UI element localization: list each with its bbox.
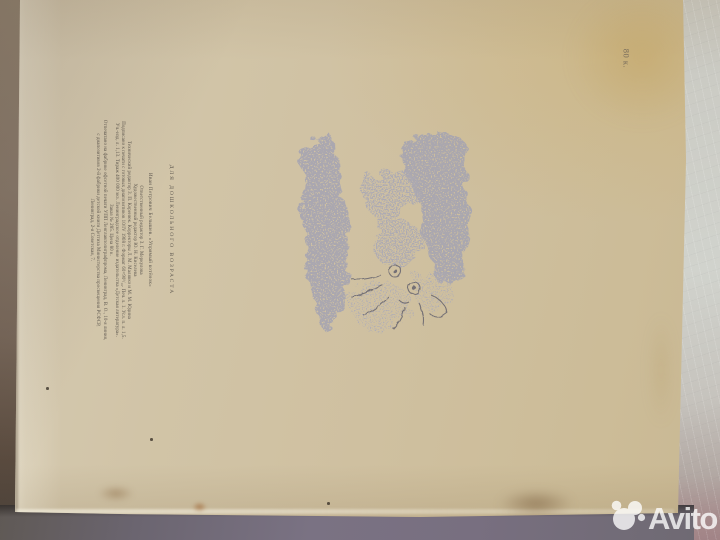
colophon-line: Уч.-изд. л. 1,13. Тираж 400 000 экз. Лен… xyxy=(113,89,119,371)
page-speck xyxy=(46,387,49,390)
colophon-text: ДЛЯ ДОШКОЛЬНОГО ВОЗРАСТА Иван Петрович Б… xyxy=(84,89,178,371)
page-stain xyxy=(645,295,677,445)
colophon-line: Подписано к печати с готовых диапозитиво… xyxy=(119,89,125,371)
avito-watermark: Avito xyxy=(598,490,720,538)
colophon-line: Ответственный редактор З. Г. Меркулова xyxy=(137,89,143,371)
avito-wordmark: Avito xyxy=(648,501,717,536)
page-stain xyxy=(191,501,208,513)
kitten-illustration-icon xyxy=(285,125,485,340)
colophon-line: Ленинград, 2-я Советская, 7. xyxy=(88,89,94,371)
colophon-line: Отпечатано на фабрике офсетной печати УП… xyxy=(100,89,106,371)
colophon-line: Художественный редактор Ю. Н. Киселева xyxy=(131,89,137,371)
page-speck xyxy=(327,502,330,505)
price-stamp: 80 к. xyxy=(619,45,632,73)
photo-of-book-page: ДЛЯ ДОШКОЛЬНОГО ВОЗРАСТА Иван Петрович Б… xyxy=(0,0,720,540)
book-page: ДЛЯ ДОШКОЛЬНОГО ВОЗРАСТА Иван Петрович Б… xyxy=(0,0,720,540)
colophon-line: Иван Петрович Белышев. «Упрямый котёнок» xyxy=(147,89,153,371)
page-speck xyxy=(150,438,153,441)
colophon-line: ДЛЯ ДОШКОЛЬНОГО ВОЗРАСТА xyxy=(168,89,174,371)
page-stain xyxy=(490,486,582,518)
colophon-line: Заказ № 285. Цена 80 к. xyxy=(107,89,113,371)
avito-logo-icon xyxy=(612,501,645,530)
page-stain xyxy=(95,483,137,502)
colophon-line: Технический редактор З. П. Коренюк. Корр… xyxy=(125,89,131,371)
